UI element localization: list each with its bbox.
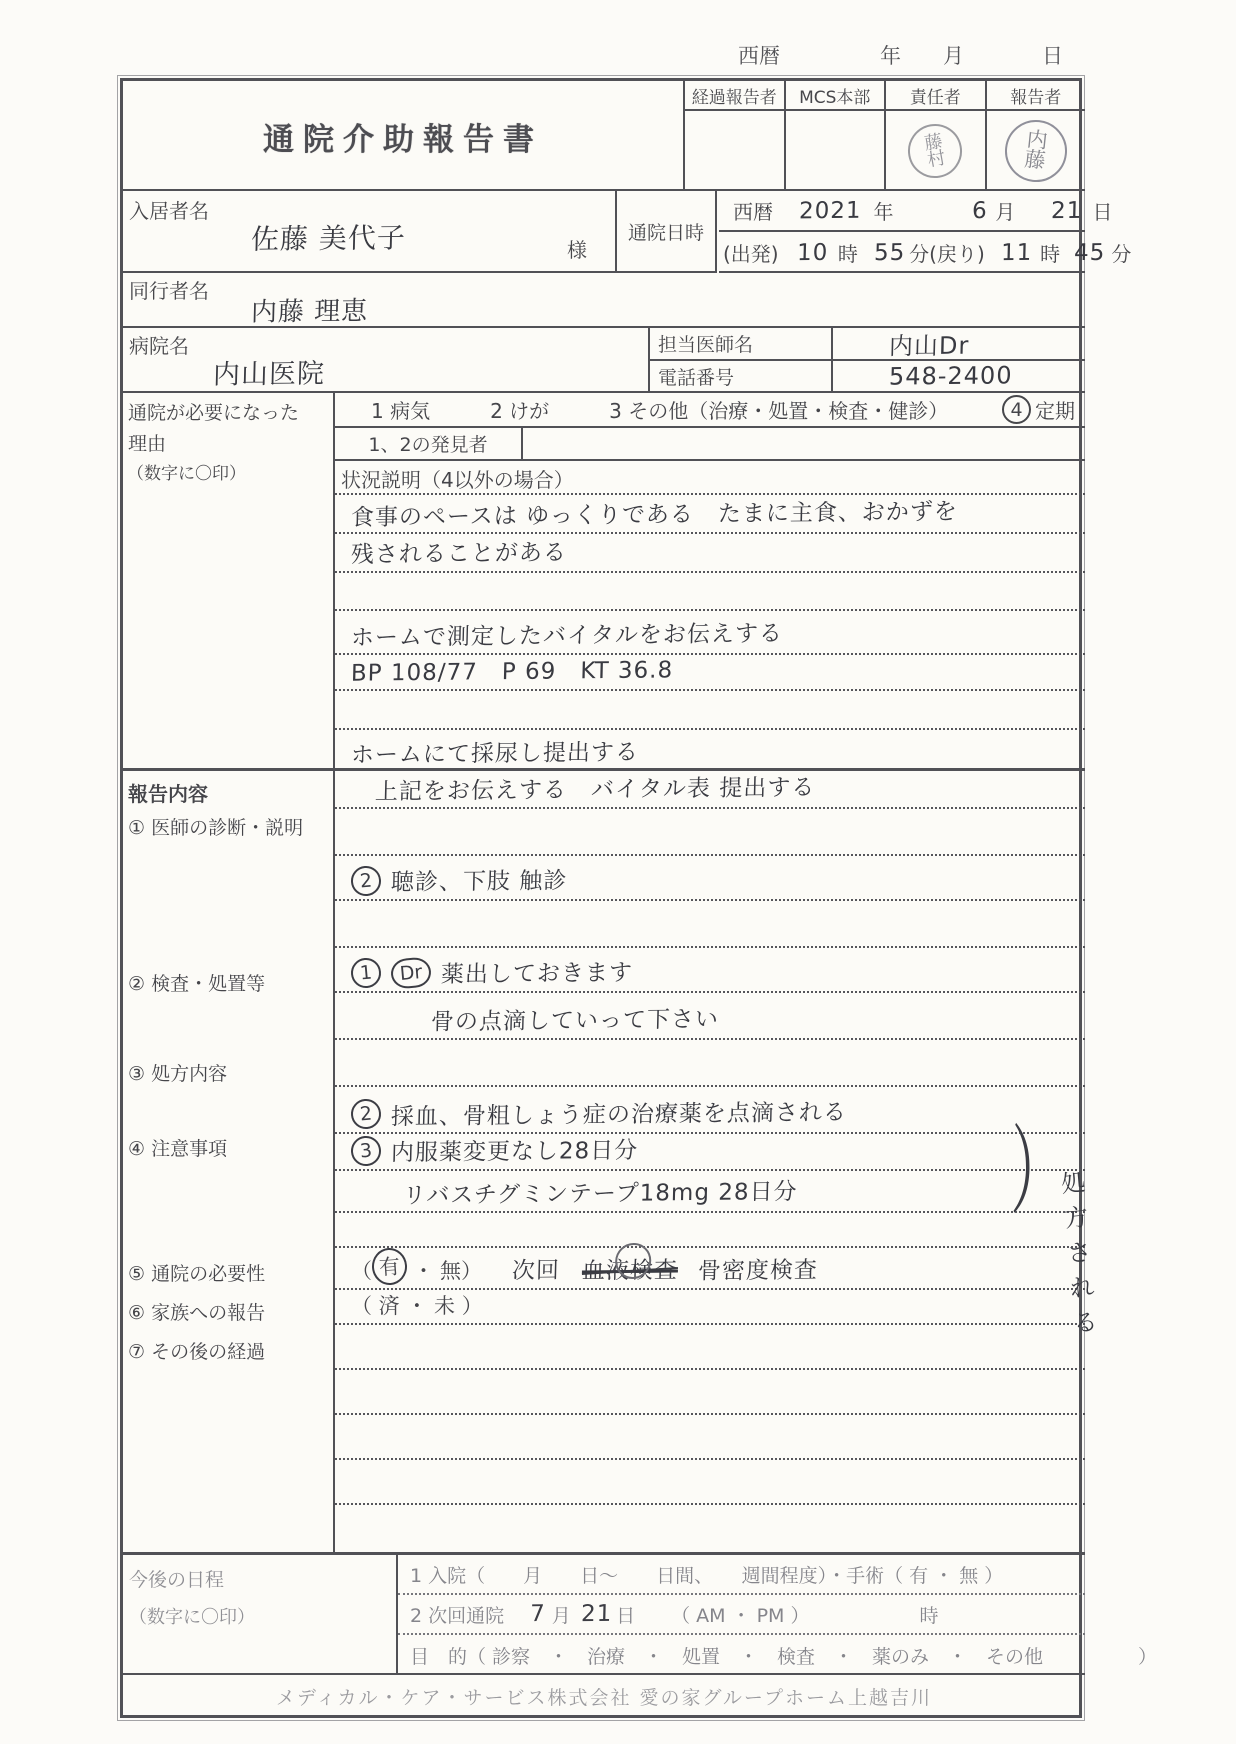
approval-block: 経過報告者 MCS本部 責任者 藤村 報告者 内藤: [683, 81, 1085, 191]
schedule-row-next-visit: 2 次回通院 7 月 21 日 （ AM ・ PM ） 時: [398, 1595, 1085, 1635]
report-label-cell: 報告内容 ① 医師の診断・説明 ② 検査・処置等 ③ 処方内容 ④ 注意事項 ⑤…: [123, 771, 335, 1555]
reason-options-text: 1 病気 2 けが 3 その他（治療・処置・検査・健診）: [371, 395, 948, 424]
report-item-5-label: ⑤ 通院の必要性: [128, 1259, 265, 1286]
approval-stamp-area: 内藤: [987, 111, 1086, 191]
depart-minute-value: 55: [874, 239, 906, 265]
report-form: 通院介助報告書 経過報告者 MCS本部 責任者 藤村: [120, 78, 1082, 1718]
depart-label: (出発): [723, 238, 779, 267]
reason-section: 通院が必要になった 理由 （数字に〇印） 1 病気 2 けが 3 その他（治療・…: [123, 393, 1085, 771]
return-hour-unit: 時: [1040, 238, 1060, 267]
report-line-blank: [335, 1213, 1085, 1248]
schedule-label-cell: 今後の日程 （数字に〇印）: [123, 1555, 398, 1675]
handwritten-big-paren: ）: [1010, 1123, 1065, 1222]
necessity-struck-text: 血液検査: [582, 1251, 679, 1285]
approval-label: 報告者: [987, 81, 1086, 111]
report-item-4-label: ④ 注意事項: [128, 1134, 227, 1161]
top-date-line: 西暦 年 月 日: [738, 40, 1068, 70]
visit-year-unit: 年: [874, 196, 894, 225]
schedule-label: 今後の日程: [129, 1565, 224, 1592]
approval-col-mcs-hq: MCS本部: [784, 81, 885, 191]
return-minute-value: 45: [1074, 239, 1106, 265]
approval-stamp-area-empty: [786, 111, 885, 191]
approval-col-progress-reporter: 経過報告者: [683, 81, 784, 191]
schedule-row-hospitalization: 1 入院（ 月 日～ 日間、 週間程度）・手術（ 有 ・ 無 ）: [398, 1555, 1085, 1595]
prescription-text: 採血、骨粗しょう症の治療薬を点滴される: [391, 1094, 848, 1132]
approval-stamp-area: 藤村: [886, 111, 985, 191]
company-footer: メディカル・ケア・サービス株式会社 愛の家グループホーム上越吉川: [123, 1675, 1085, 1718]
report-line-treatment-1: 1 Dr 薬出しておきます: [335, 948, 1085, 993]
resident-cell: 入居者名 佐藤 美代子 様: [123, 191, 615, 273]
hanko-stamp-fujimura: 藤村: [904, 120, 967, 183]
report-line-caution-2: リバスチグミンテープ18mg 28日分: [335, 1171, 1085, 1213]
reason-label-cell: 通院が必要になった 理由 （数字に〇印）: [123, 393, 335, 771]
report-summary-text: 上記をお伝えする バイタル表 提出する: [375, 769, 816, 807]
necessity-open-paren: （: [351, 1255, 372, 1285]
report-line-prescription: 2 採血、骨粗しょう症の治療薬を点滴される: [335, 1087, 1085, 1134]
next-visit-day-unit: 日: [616, 1601, 635, 1628]
resident-label: 入居者名: [129, 195, 209, 224]
next-visit-day-value: 21: [580, 1601, 612, 1627]
approval-label: 責任者: [886, 81, 985, 111]
visit-datetime-label: 通院日時: [628, 218, 704, 245]
companion-label: 同行者名: [129, 275, 209, 304]
visit-day-unit: 日: [1092, 196, 1112, 225]
necessity-close-paren: ）: [461, 1255, 482, 1285]
depart-hour-unit: 時: [838, 238, 858, 267]
next-visit-label: 2 次回通院: [410, 1601, 504, 1628]
companion-cell: 同行者名 内藤 理恵: [123, 273, 1085, 328]
doctor-name-handwritten: 内山Dr: [889, 326, 970, 362]
depart-hour-value: 10: [796, 239, 828, 265]
return-hour-value: 11: [1000, 239, 1032, 265]
report-item-3-label: ③ 処方内容: [128, 1059, 227, 1086]
situation-line-2: 残されることがある: [335, 534, 1085, 573]
approval-label: MCS本部: [786, 81, 885, 111]
reason-label-line2: 理由: [128, 429, 166, 456]
next-visit-month-value: 7: [530, 1601, 546, 1627]
reason-option4-label: 定期: [1035, 395, 1075, 424]
next-visit-ampm-options: （ AM ・ PM ）: [671, 1601, 809, 1628]
visit-month-value: 6: [971, 197, 987, 223]
return-minute-unit: 分: [1111, 238, 1131, 267]
handwritten-circled-2: 2: [350, 1098, 383, 1131]
necessity-next-label: 次回: [512, 1252, 561, 1286]
report-section: 報告内容 ① 医師の診断・説明 ② 検査・処置等 ③ 処方内容 ④ 注意事項 ⑤…: [123, 771, 1085, 1555]
visit-date-row: 西暦 2021 年 6 月 21 日: [719, 191, 1085, 232]
situation-line-7: ホームにて採尿し提出する: [335, 730, 1085, 771]
circled-4: 4: [1002, 395, 1031, 424]
report-line-diagnosis: 2 聴診、下肢 触診: [335, 856, 1085, 901]
report-line-blank: [335, 1505, 1085, 1555]
situation-text: ホームで測定したバイタルをお伝えする: [351, 615, 784, 653]
title-cell: 通院介助報告書: [123, 81, 683, 191]
necessity-yes-circled: 有: [371, 1247, 408, 1286]
top-year-label: 年: [880, 40, 901, 70]
doctor-phone-values: 内山Dr 548-2400: [833, 328, 1085, 393]
situation-line-4: ホームで測定したバイタルをお伝えする: [335, 611, 1085, 655]
report-line-necessity: （ 有 ・ 無 ） 次回 血液検査 骨密度検査: [335, 1248, 1085, 1290]
hospital-label: 病院名: [129, 330, 189, 359]
phone-label: 電話番号: [650, 361, 831, 391]
reason-option4: 4 定期: [1002, 395, 1075, 424]
top-day-label: 日: [1042, 40, 1063, 70]
visit-day-value: 21: [1051, 197, 1083, 223]
approval-label: 経過報告者: [685, 81, 784, 111]
report-content: 上記をお伝えする バイタル表 提出する 2 聴診、下肢 触診 1 Dr 薬出して…: [335, 771, 1085, 1555]
report-item-7-label: ⑦ その後の経過: [128, 1337, 265, 1364]
return-label: 分(戻り): [909, 238, 985, 267]
diagnosis-text: 聴診、下肢 触診: [391, 862, 568, 897]
companion-name-handwritten: 内藤 理恵: [251, 290, 369, 328]
report-line-blank: [335, 1040, 1085, 1087]
situation-vitals-text: BP 108/77 P 69 KT 36.8: [351, 651, 674, 687]
doctor-value-row: 内山Dr: [833, 328, 1085, 361]
situation-text: 残されることがある: [351, 534, 568, 569]
top-era-label: 西暦: [738, 40, 780, 70]
scanned-form-page: 西暦 年 月 日 通院介助報告書 経過報告者 MCS本部 責任者: [0, 0, 1236, 1744]
approval-col-responsible: 責任者 藤村: [884, 81, 985, 191]
visit-datetime-values: 西暦 2021 年 6 月 21 日 (出発) 10 時 55 分(戻り) 11…: [719, 191, 1085, 273]
finder-label: 1、2の発見者: [335, 428, 523, 459]
report-line-blank: [335, 1460, 1085, 1505]
situation-text: 食事のペースは ゆっくりである たまに主食、おかずを: [351, 493, 959, 532]
necessity-no: 無: [440, 1255, 461, 1285]
reason-label-line1: 通院が必要になった: [128, 398, 299, 425]
phone-number-handwritten: 548-2400: [889, 361, 1013, 390]
doctor-phone-labels: 担当医師名 電話番号: [648, 328, 833, 393]
situation-line-1: 食事のペースは ゆっくりである たまに主食、おかずを: [335, 495, 1085, 534]
necessity-dot: ・: [413, 1255, 434, 1285]
report-line-blank: [335, 1325, 1085, 1370]
schedule-row-purpose: 目 的（ 診察 ・ 治療 ・ 処置 ・ 検査 ・ 薬のみ ・ その他 ）: [398, 1635, 1085, 1675]
report-line-family: （ 済 ・ 未 ）: [335, 1290, 1085, 1325]
situation-line-5: BP 108/77 P 69 KT 36.8: [335, 655, 1085, 691]
situation-text: ホームにて採尿し提出する: [351, 733, 640, 769]
form-title: 通院介助報告書: [263, 114, 543, 159]
reason-options-row: 1 病気 2 けが 3 その他（治療・処置・検査・健診） 4 定期: [335, 393, 1085, 428]
report-line-blank: [335, 809, 1085, 856]
report-line-caution-1: 3 内服薬変更なし28日分: [335, 1134, 1085, 1171]
handwritten-circled-dr: Dr: [390, 956, 432, 989]
approval-col-reporter: 報告者 内藤: [985, 81, 1086, 191]
treatment-text-2: 骨の点滴していって下さい: [431, 1000, 720, 1036]
hospital-cell: 病院名 内山医院: [123, 328, 648, 393]
visit-time-row: (出発) 10 時 55 分(戻り) 11 時 45 分: [719, 232, 1085, 273]
handwritten-circled-1: 1: [350, 957, 383, 990]
header-row: 通院介助報告書 経過報告者 MCS本部 責任者 藤村: [123, 81, 1085, 191]
caution-text-1: 内服薬変更なし28日分: [391, 1132, 639, 1168]
resident-honorific: 様: [567, 234, 587, 263]
visit-month-unit: 月: [995, 196, 1015, 225]
report-section-title: 報告内容: [128, 778, 208, 807]
doctor-label: 担当医師名: [650, 328, 831, 361]
schedule-content: 1 入院（ 月 日～ 日間、 週間程度）・手術（ 有 ・ 無 ） 2 次回通院 …: [398, 1555, 1085, 1675]
report-item-6-label: ⑥ 家族への報告: [128, 1298, 265, 1325]
family-report-options: （ 済 ・ 未 ）: [351, 1290, 483, 1320]
next-visit-month-unit: 月: [552, 1601, 571, 1628]
visit-era-label: 西暦: [733, 196, 773, 225]
top-month-label: 月: [943, 40, 964, 70]
schedule-section: 今後の日程 （数字に〇印） 1 入院（ 月 日～ 日間、 週間程度）・手術（ 有…: [123, 1555, 1085, 1675]
treatment-text-1: 薬出しておきます: [441, 954, 634, 989]
report-item-2-label: ② 検査・処置等: [128, 969, 265, 996]
phone-value-row: 548-2400: [833, 361, 1085, 391]
handwritten-circled-2: 2: [350, 865, 383, 898]
report-line-treatment-2: 骨の点滴していって下さい: [335, 993, 1085, 1040]
caution-text-2: リバスチグミンテープ18mg 28日分: [403, 1173, 798, 1210]
report-line-summary: 上記をお伝えする バイタル表 提出する: [335, 771, 1085, 809]
resident-name-handwritten: 佐藤 美代子: [251, 216, 407, 258]
next-visit-hour-unit: 時: [920, 1601, 939, 1628]
finder-row: 1、2の発見者: [335, 428, 1085, 461]
reason-content: 1 病気 2 けが 3 その他（治療・処置・検査・健診） 4 定期 1、2の発見…: [335, 393, 1085, 771]
situation-line-3: [335, 573, 1085, 611]
hospital-name-handwritten: 内山医院: [213, 351, 326, 391]
visit-datetime-label-cell: 通院日時: [615, 191, 717, 273]
handwritten-circled-3: 3: [350, 1135, 383, 1168]
necessity-new-exam: 骨密度検査: [698, 1251, 819, 1285]
situation-line-6: [335, 691, 1085, 730]
situation-label: 状況説明（4以外の場合）: [335, 461, 1085, 495]
report-line-blank: [335, 901, 1085, 948]
hanko-stamp-naito: 内藤: [1002, 117, 1070, 185]
visit-year-value: 2021: [799, 197, 862, 224]
report-line-blank: [335, 1370, 1085, 1415]
schedule-label-2: （数字に〇印）: [129, 1603, 255, 1629]
reason-label-line3: （数字に〇印）: [127, 459, 246, 484]
approval-stamp-area-empty: [685, 111, 784, 191]
report-line-blank: [335, 1415, 1085, 1460]
report-item-1-label: ① 医師の診断・説明: [128, 813, 303, 840]
